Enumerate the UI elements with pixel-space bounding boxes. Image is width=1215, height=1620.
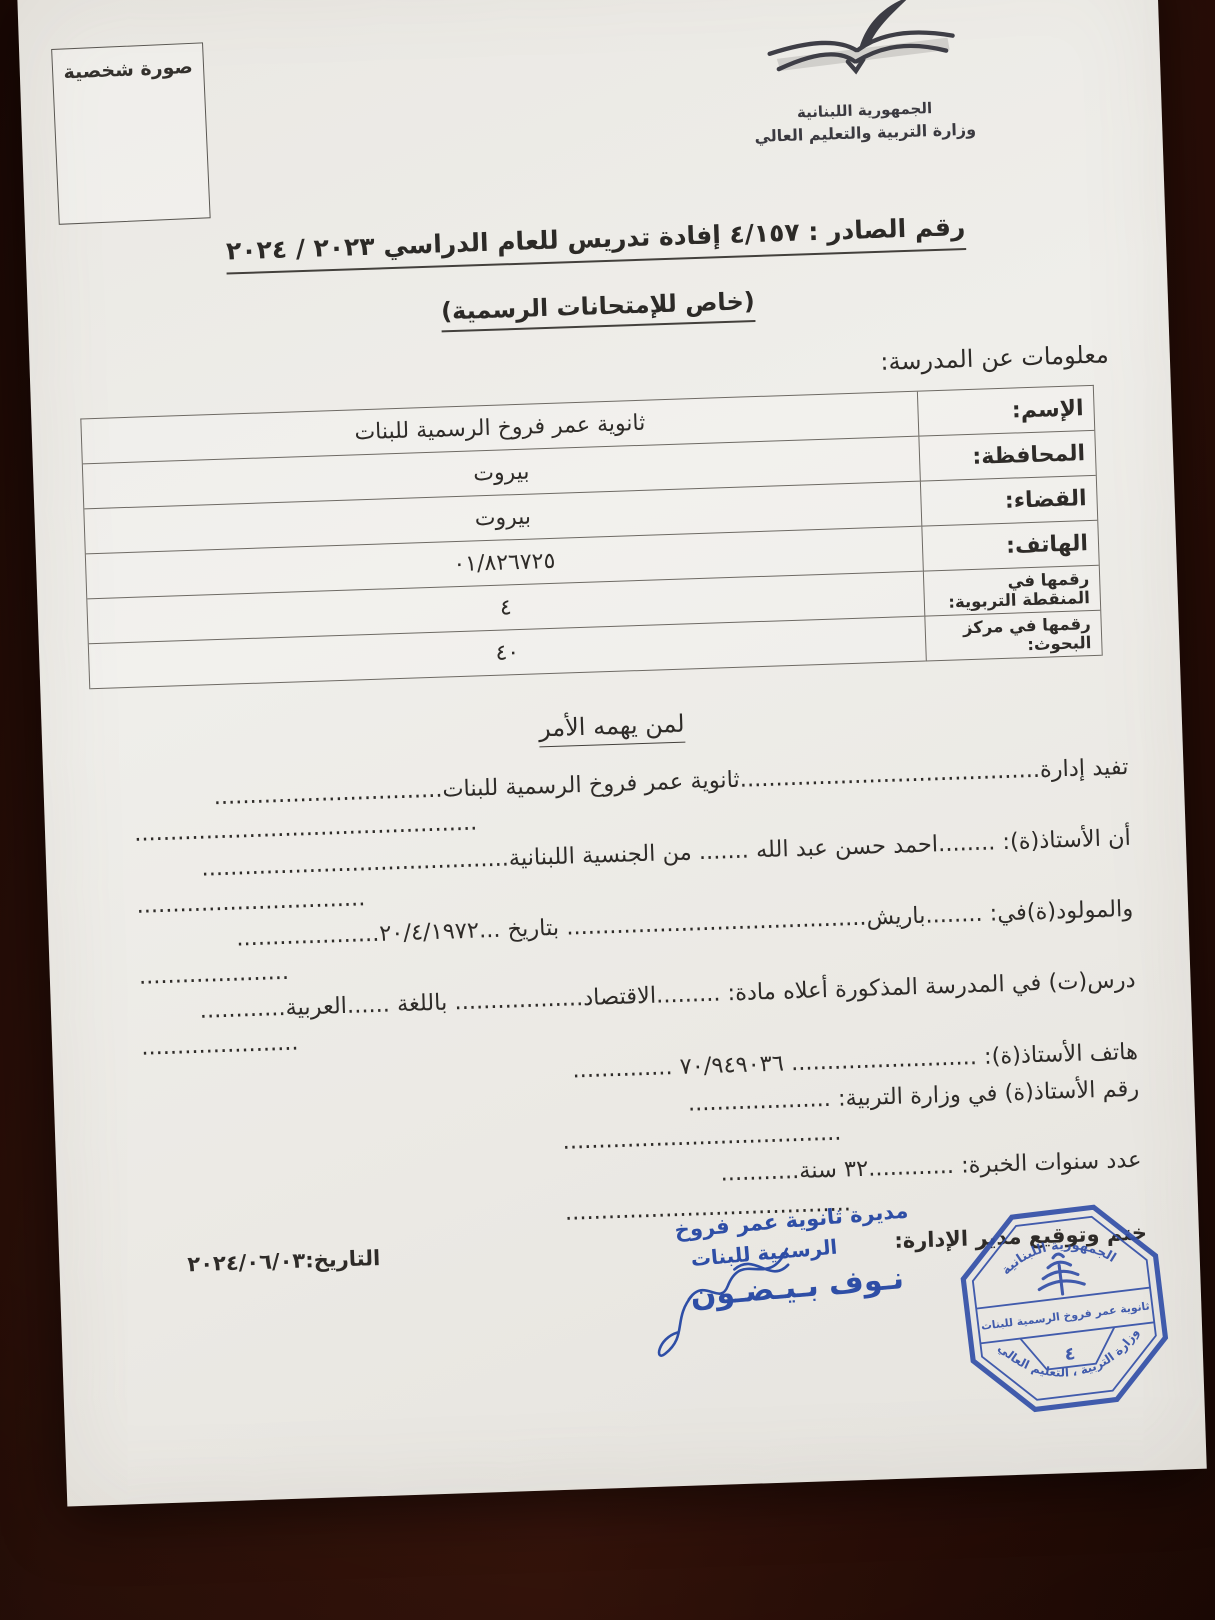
octagon-seal-icon: الجمهورية اللبنانية ثانوية عمر فروخ الرس… — [950, 1194, 1179, 1423]
document-header: صورة شخصية الجمهورية اللبنانية وزارة الت… — [73, 0, 1109, 215]
table-label-phone: الهاتف: — [921, 521, 1098, 572]
certificate-body: تفيد إدارة..............................… — [99, 752, 1144, 1241]
concern-heading-wrap: لمن يهمه الأمر — [97, 695, 1128, 762]
concern-heading: لمن يهمه الأمر — [539, 710, 686, 748]
school-info-table: الإسم: ثانوية عمر فروخ الرسمية للبنات ال… — [80, 385, 1102, 689]
document-subtitle: (خاص للإمتحانات الرسمية) — [441, 287, 756, 332]
table-label-district: القضاء: — [920, 476, 1097, 527]
cedar-icon — [1035, 1251, 1085, 1296]
table-label-edu-zone-number: رقمها في المنقطة التربوية: — [923, 566, 1100, 617]
photo-box-label: صورة شخصية — [63, 56, 193, 84]
personal-photo-placeholder: صورة شخصية — [51, 42, 211, 224]
stamp-number: ٤ — [1063, 1344, 1076, 1365]
ministry-logo-block: الجمهورية اللبنانية وزارة التربية والتعل… — [711, 0, 1016, 147]
table-label-name: الإسم: — [917, 386, 1094, 437]
document-title-block: رقم الصادر : ٤/١٥٧ إفادة تدريس للعام الد… — [80, 207, 1113, 344]
document-sheet: صورة شخصية الجمهورية اللبنانية وزارة الت… — [17, 0, 1207, 1506]
table-label-research-center-number: رقمها في مركز البحوث: — [924, 611, 1101, 662]
open-book-logo-icon — [748, 0, 976, 103]
official-stamp: الجمهورية اللبنانية ثانوية عمر فروخ الرس… — [950, 1194, 1179, 1423]
issue-date: التاريخ:٢٠٢٤/٠٦/٠٣ — [187, 1246, 381, 1276]
table-label-governorate: المحافظة: — [918, 431, 1095, 482]
